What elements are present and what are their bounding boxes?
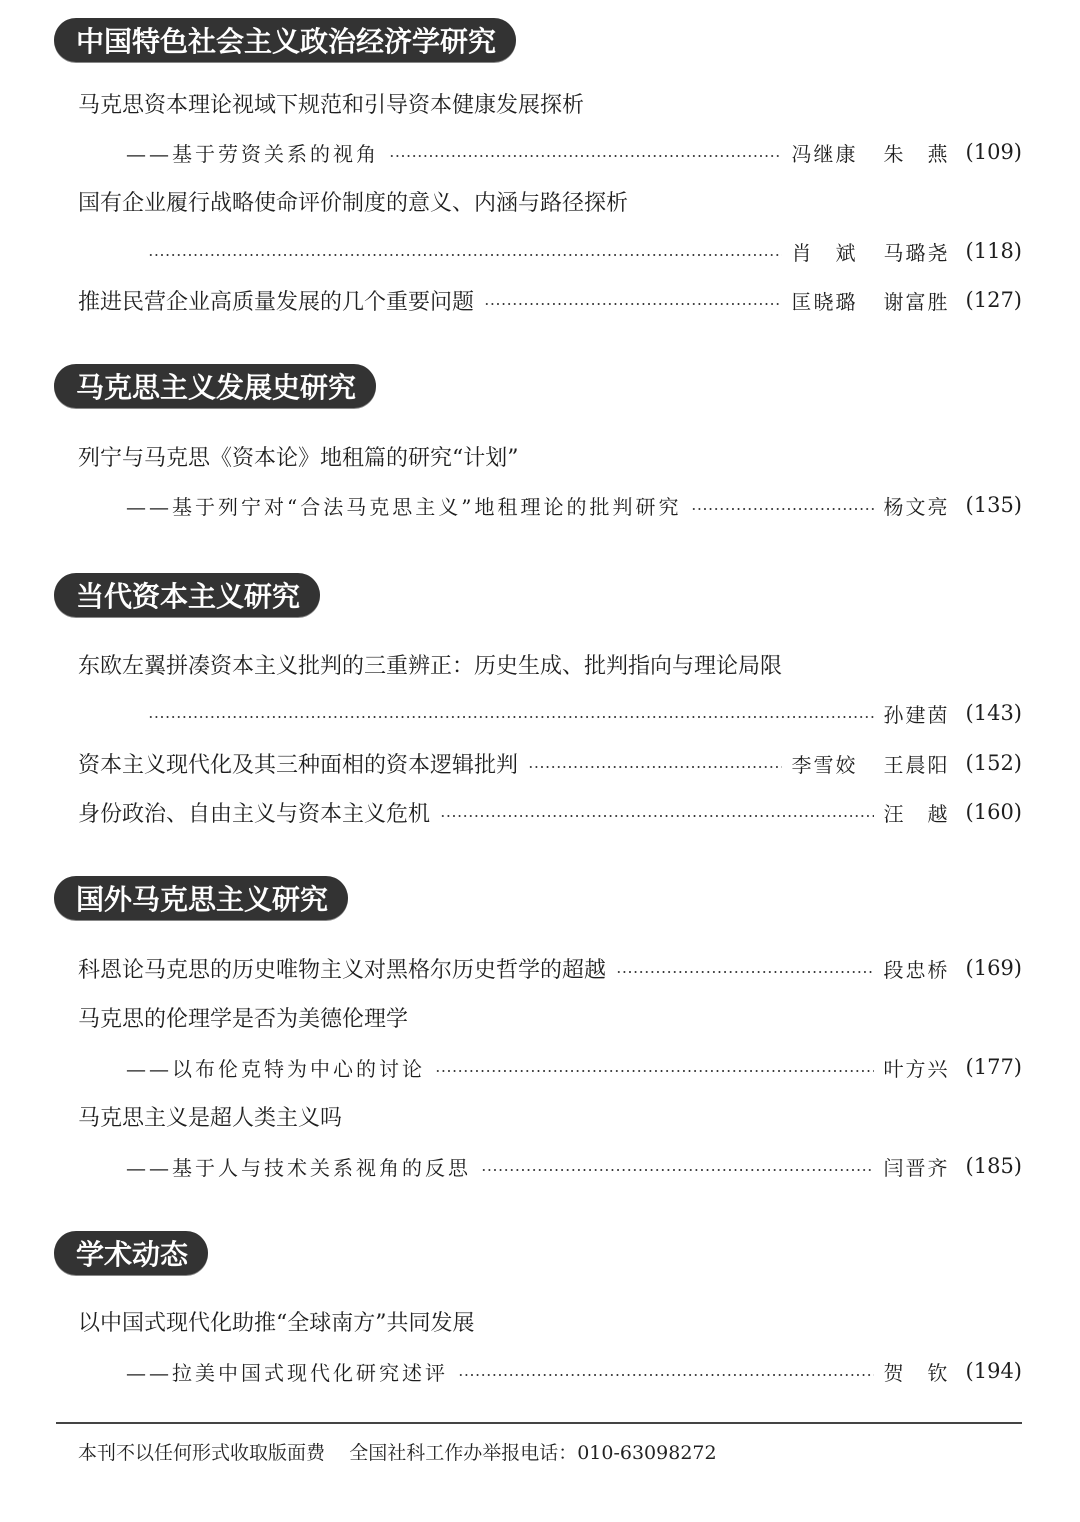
leader-dots	[481, 1169, 874, 1171]
entry-title: 马克思主义是超人类主义吗	[78, 1101, 342, 1132]
toc-entry-title[interactable]: 马克思资本理论视域下规范和引导资本健康发展探析	[78, 88, 1022, 118]
entry-subtitle: ——拉美中国式现代化研究述评	[126, 1357, 448, 1386]
author: 闫晋齐	[884, 1152, 950, 1181]
leader-dots	[148, 716, 874, 718]
footer-hotline: 全国社科工作办举报电话：010-63098272	[349, 1442, 716, 1464]
toc-entry-subtitle-line[interactable]: 肖 斌马璐尧 (118)	[148, 236, 1022, 266]
leader-dots	[528, 766, 782, 768]
toc-entry[interactable]: 身份政治、自由主义与资本主义危机 汪 越 (160)	[78, 797, 1022, 827]
page-number: (127)	[966, 288, 1022, 312]
author: 段忠桥	[884, 954, 950, 983]
toc-entry-subtitle-line[interactable]: ——基于人与技术关系视角的反思 闫晋齐 (185)	[126, 1151, 1022, 1181]
page-number: (177)	[966, 1055, 1022, 1079]
entry-subtitle: ——基于劳资关系的视角	[126, 138, 379, 167]
toc-entry[interactable]: 资本主义现代化及其三种面相的资本逻辑批判 李雪姣王晨阳 (152)	[78, 748, 1022, 778]
author: 谢富胜	[884, 286, 950, 315]
entry-title: 身份政治、自由主义与资本主义危机	[78, 797, 430, 828]
footer-divider	[56, 1422, 1022, 1424]
entry-title: 资本主义现代化及其三种面相的资本逻辑批判	[78, 748, 518, 779]
page-number: (194)	[966, 1359, 1022, 1383]
leader-dots	[435, 1070, 874, 1072]
toc-entry[interactable]: 科恩论马克思的历史唯物主义对黑格尔历史哲学的超越 段忠桥 (169)	[78, 953, 1022, 983]
leader-dots	[484, 303, 782, 305]
page-number: (152)	[966, 751, 1022, 775]
entry-title: 列宁与马克思《资本论》地租篇的研究“计划”	[78, 441, 519, 472]
entry-subtitle: ——以布伦克特为中心的讨论	[126, 1053, 425, 1082]
author: 汪 越	[884, 798, 950, 827]
leader-dots	[691, 508, 873, 510]
page-number: (118)	[966, 239, 1022, 263]
toc-entry-subtitle-line[interactable]: ——拉美中国式现代化研究述评 贺 钦 (194)	[126, 1356, 1022, 1386]
author: 朱 燕	[884, 138, 950, 167]
page-number: (185)	[966, 1154, 1022, 1178]
author: 匡晓璐	[792, 286, 858, 315]
author: 冯继康	[792, 138, 858, 167]
entry-title: 以中国式现代化助推“全球南方”共同发展	[78, 1306, 475, 1337]
toc-entry-title[interactable]: 列宁与马克思《资本论》地租篇的研究“计划”	[78, 441, 1022, 471]
entry-subtitle: ——基于列宁对“合法马克思主义”地租理论的批判研究	[126, 491, 681, 520]
section-header: 国外马克思主义研究	[54, 876, 348, 920]
author: 王晨阳	[884, 749, 950, 778]
toc-entry-title[interactable]: 东欧左翼拼凑资本主义批判的三重辨正：历史生成、批判指向与理论局限	[78, 649, 1022, 679]
author: 贺 钦	[884, 1357, 950, 1386]
toc-entry-title[interactable]: 国有企业履行战略使命评价制度的意义、内涵与路径探析	[78, 186, 1022, 216]
author: 马璐尧	[884, 237, 950, 266]
entry-title: 推进民营企业高质量发展的几个重要问题	[78, 285, 474, 316]
leader-dots	[148, 254, 782, 256]
toc-entry[interactable]: 推进民营企业高质量发展的几个重要问题 匡晓璐谢富胜 (127)	[78, 285, 1022, 315]
author: 杨文亮	[884, 491, 950, 520]
section-header: 学术动态	[54, 1231, 208, 1275]
page-number: (160)	[966, 800, 1022, 824]
author: 孙建茵	[884, 699, 950, 728]
page-number: (169)	[966, 956, 1022, 980]
section-header: 中国特色社会主义政治经济学研究	[54, 18, 516, 62]
page-number: (109)	[966, 140, 1022, 164]
entry-title: 东欧左翼拼凑资本主义批判的三重辨正：历史生成、批判指向与理论局限	[78, 649, 782, 680]
leader-dots	[440, 815, 874, 817]
page-number: (135)	[966, 493, 1022, 517]
entry-title: 科恩论马克思的历史唯物主义对黑格尔历史哲学的超越	[78, 953, 606, 984]
toc-entry-subtitle-line[interactable]: 孙建茵 (143)	[148, 698, 1022, 728]
author: 李雪姣	[792, 749, 858, 778]
footer-notice: 本刊不以任何形式收取版面费	[78, 1442, 325, 1464]
author: 叶方兴	[884, 1053, 950, 1082]
leader-dots	[458, 1374, 874, 1376]
section-header: 当代资本主义研究	[54, 573, 320, 617]
toc-entry-subtitle-line[interactable]: ——基于列宁对“合法马克思主义”地租理论的批判研究 杨文亮 (135)	[126, 490, 1022, 520]
section-header: 马克思主义发展史研究	[54, 364, 376, 408]
author: 肖 斌	[792, 237, 858, 266]
toc-entry-title[interactable]: 以中国式现代化助推“全球南方”共同发展	[78, 1306, 1022, 1336]
entry-title: 马克思的伦理学是否为美德伦理学	[78, 1002, 408, 1033]
footer: 本刊不以任何形式收取版面费 全国社科工作办举报电话：010-63098272	[78, 1438, 717, 1465]
page-number: (143)	[966, 701, 1022, 725]
toc-entry-subtitle-line[interactable]: ——以布伦克特为中心的讨论 叶方兴 (177)	[126, 1052, 1022, 1082]
leader-dots	[616, 971, 874, 973]
toc-entry-subtitle-line[interactable]: ——基于劳资关系的视角 冯继康朱 燕 (109)	[126, 137, 1022, 167]
toc-entry-title[interactable]: 马克思主义是超人类主义吗	[78, 1101, 1022, 1131]
toc-entry-title[interactable]: 马克思的伦理学是否为美德伦理学	[78, 1002, 1022, 1032]
entry-title: 马克思资本理论视域下规范和引导资本健康发展探析	[78, 88, 584, 119]
entry-title: 国有企业履行战略使命评价制度的意义、内涵与路径探析	[78, 186, 628, 217]
leader-dots	[389, 155, 782, 157]
entry-subtitle: ——基于人与技术关系视角的反思	[126, 1152, 471, 1181]
